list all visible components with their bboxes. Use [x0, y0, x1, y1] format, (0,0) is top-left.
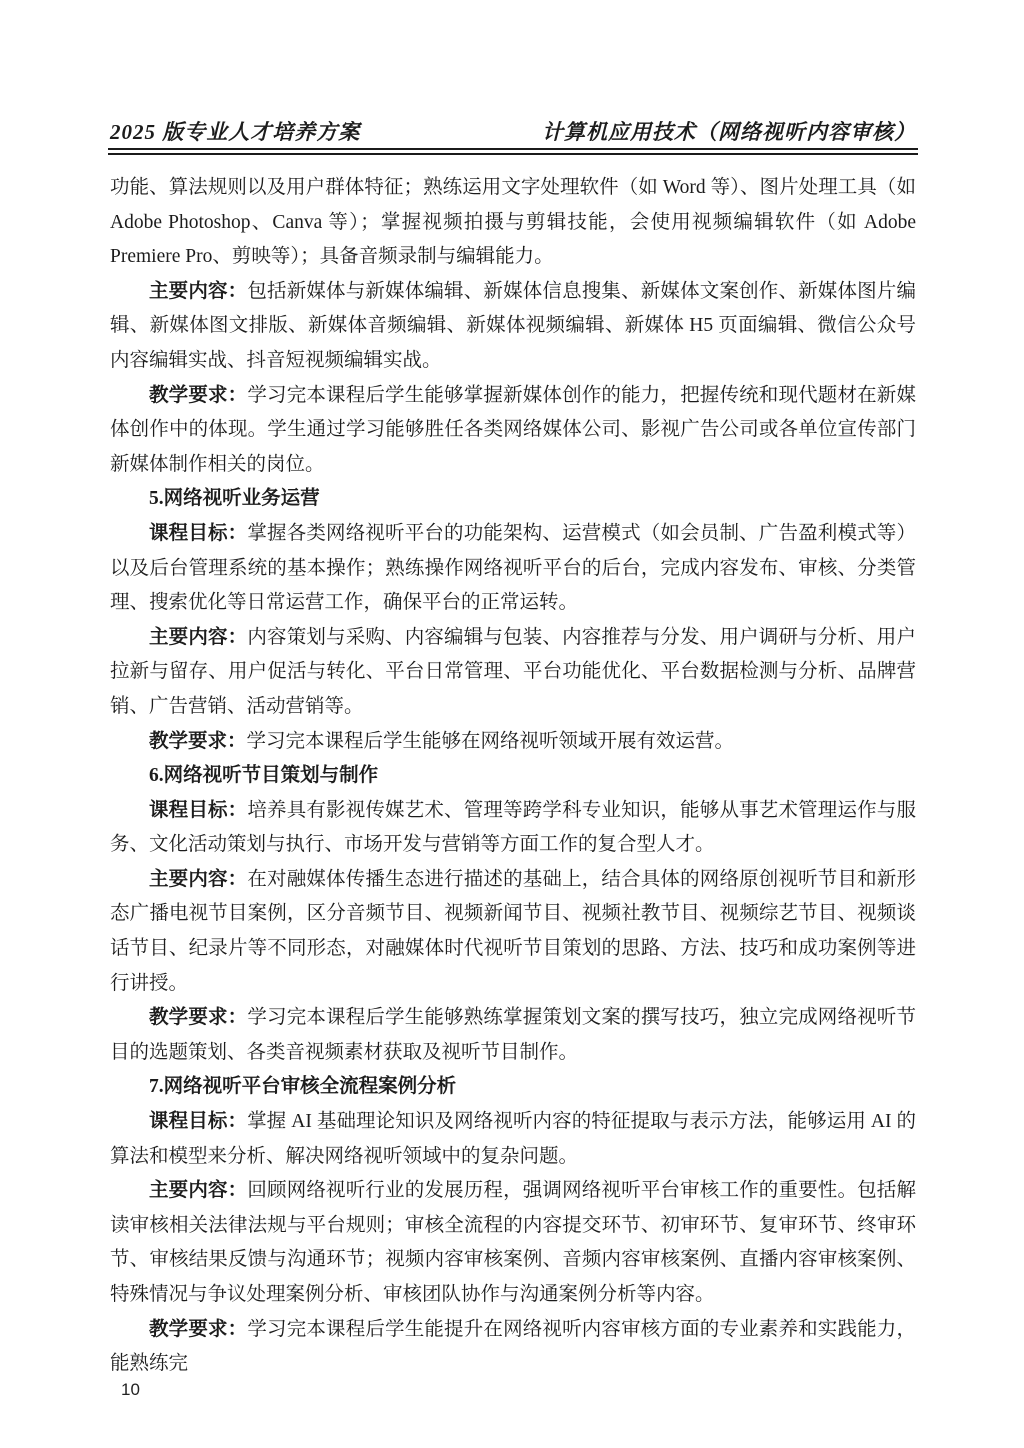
paragraph: 课程目标：掌握 AI 基础理论知识及网络视听内容的特征提取与表示方法，能够运用 … — [110, 1105, 916, 1174]
paragraph: 主要内容：包括新媒体与新媒体编辑、新媒体信息搜集、新媒体文案创作、新媒体图片编辑… — [110, 275, 916, 379]
paragraph-label: 教学要求： — [149, 1007, 247, 1028]
paragraph-label: 主要内容： — [149, 1180, 247, 1201]
paragraph-label: 教学要求： — [149, 385, 247, 406]
section-heading: 6.网络视听节目策划与制作 — [110, 759, 916, 794]
paragraph: 教学要求：学习完本课程后学生能够熟练掌握策划文案的撰写技巧，独立完成网络视听节目… — [110, 1001, 916, 1070]
paragraph-text: 学习完本课程后学生能够在网络视听领域开展有效运营。 — [247, 731, 735, 752]
paragraph: 功能、算法规则以及用户群体特征；熟练运用文字处理软件（如 Word 等）、图片处… — [110, 171, 916, 275]
paragraph-label: 主要内容： — [149, 869, 247, 890]
section-heading: 5.网络视听业务运营 — [110, 482, 916, 517]
document-page: 2025 版专业人才培养方案 计算机应用技术（网络视听内容审核） 功能、算法规则… — [0, 0, 1024, 1448]
paragraph: 教学要求：学习完本课程后学生能够在网络视听领域开展有效运营。 — [110, 725, 916, 760]
paragraph-label: 课程目标： — [149, 523, 247, 544]
paragraph: 教学要求：学习完本课程后学生能够掌握新媒体创作的能力，把握传统和现代题材在新媒体… — [110, 379, 916, 483]
paragraph-text: 功能、算法规则以及用户群体特征；熟练运用文字处理软件（如 Word 等）、图片处… — [110, 177, 916, 267]
header-left-title: 2025 版专业人才培养方案 — [110, 116, 360, 146]
header-double-rule — [108, 148, 918, 155]
paragraph-label: 课程目标： — [149, 1111, 247, 1132]
paragraph-label: 主要内容： — [149, 627, 247, 648]
document-body: 功能、算法规则以及用户群体特征；熟练运用文字处理软件（如 Word 等）、图片处… — [110, 171, 916, 1382]
paragraph-label: 课程目标： — [149, 800, 247, 821]
paragraph: 主要内容：内容策划与采购、内容编辑与包装、内容推荐与分发、用户调研与分析、用户拉… — [110, 621, 916, 725]
paragraph: 课程目标：培养具有影视传媒艺术、管理等跨学科专业知识，能够从事艺术管理运作与服务… — [110, 794, 916, 863]
paragraph: 主要内容：回顾网络视听行业的发展历程，强调网络视听平台审核工作的重要性。包括解读… — [110, 1174, 916, 1312]
paragraph: 教学要求：学习完本课程后学生能提升在网络视听内容审核方面的专业素养和实践能力，能… — [110, 1313, 916, 1382]
page-number: 10 — [121, 1380, 140, 1400]
paragraph-label: 主要内容： — [149, 281, 247, 302]
header-right-title: 计算机应用技术（网络视听内容审核） — [542, 116, 916, 146]
page-header: 2025 版专业人才培养方案 计算机应用技术（网络视听内容审核） — [110, 116, 916, 146]
paragraph-label: 教学要求： — [149, 1319, 247, 1340]
paragraph: 课程目标：掌握各类网络视听平台的功能架构、运营模式（如会员制、广告盈利模式等）以… — [110, 517, 916, 621]
paragraph-label: 教学要求： — [149, 731, 247, 752]
paragraph: 主要内容：在对融媒体传播生态进行描述的基础上，结合具体的网络原创视听节目和新形态… — [110, 863, 916, 1001]
section-heading: 7.网络视听平台审核全流程案例分析 — [110, 1070, 916, 1105]
